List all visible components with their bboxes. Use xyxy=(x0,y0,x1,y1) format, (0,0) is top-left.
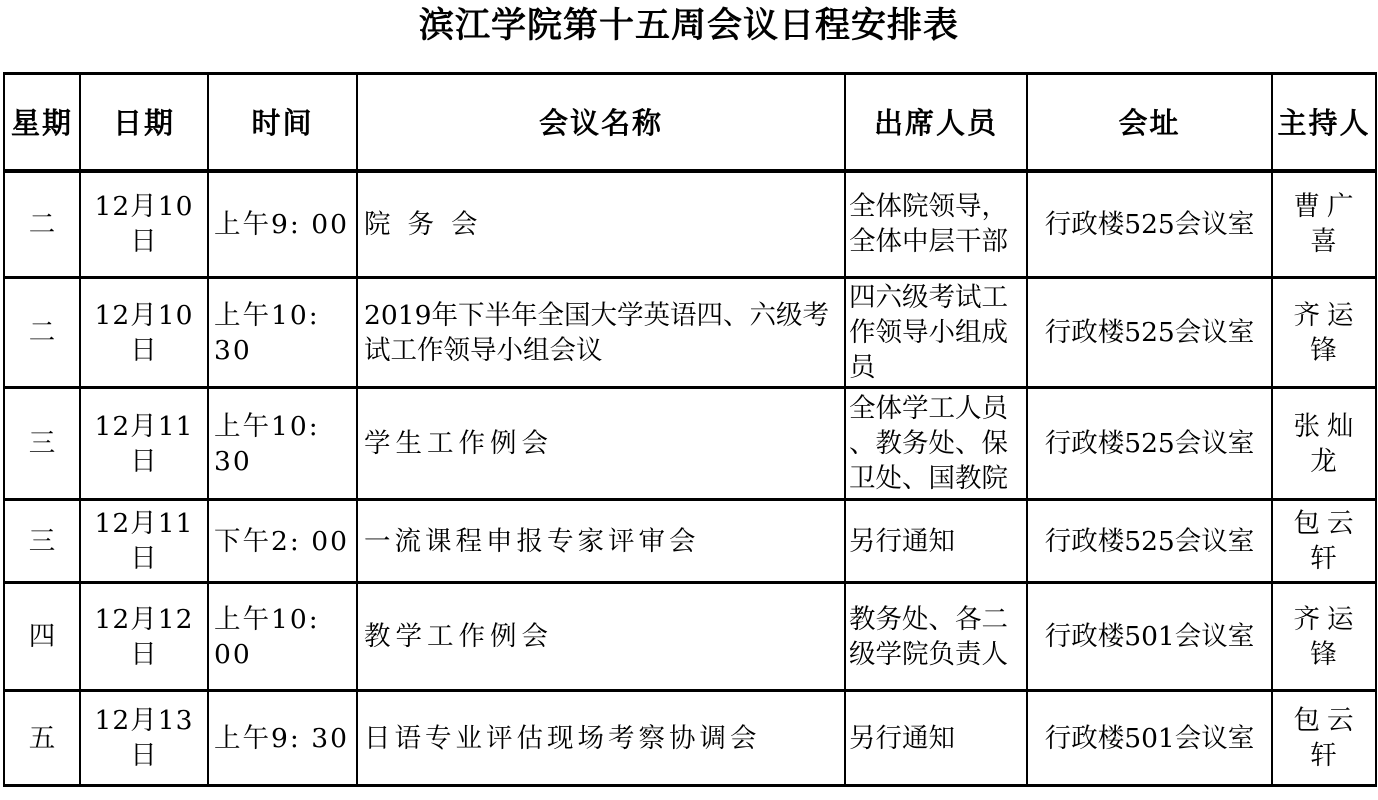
meeting-cell: 教学工作例会 xyxy=(357,583,845,691)
date-cell: 12月11日 xyxy=(80,388,208,500)
header-time: 时间 xyxy=(208,74,357,171)
table-row: 三 12月11日 上午10: 30 学生工作例会 全体学工人员、教务处、保卫处、… xyxy=(4,388,1376,500)
time-cell: 上午10: 30 xyxy=(208,278,357,388)
date-cell: 12月10日 xyxy=(80,278,208,388)
header-meeting: 会议名称 xyxy=(357,74,845,171)
header-weekday: 星期 xyxy=(4,74,80,171)
meeting-cell: 学生工作例会 xyxy=(357,388,845,500)
date-cell: 12月11日 xyxy=(80,500,208,583)
weekday-cell: 五 xyxy=(4,691,80,786)
page-title: 滨江学院第十五周会议日程安排表 xyxy=(0,4,1378,48)
time-cell: 上午9: 00 xyxy=(208,171,357,278)
attendees-cell: 另行通知 xyxy=(845,500,1027,583)
date-cell: 12月10日 xyxy=(80,171,208,278)
venue-cell: 行政楼525会议室 xyxy=(1027,171,1272,278)
host-cell: 包云轩 xyxy=(1272,500,1376,583)
table-row: 三 12月11日 下午2: 00 一流课程申报专家评审会 另行通知 行政楼525… xyxy=(4,500,1376,583)
host-cell: 曹广喜 xyxy=(1272,171,1376,278)
meeting-cell: 院务会 xyxy=(357,171,845,278)
venue-cell: 行政楼525会议室 xyxy=(1027,278,1272,388)
venue-cell: 行政楼525会议室 xyxy=(1027,388,1272,500)
attendees-cell: 全体院领导，全体中层干部 xyxy=(845,171,1027,278)
attendees-cell: 教务处、各二级学院负责人 xyxy=(845,583,1027,691)
host-cell: 包云轩 xyxy=(1272,691,1376,786)
weekday-cell: 三 xyxy=(4,388,80,500)
meeting-cell: 一流课程申报专家评审会 xyxy=(357,500,845,583)
weekday-cell: 二 xyxy=(4,278,80,388)
meeting-cell: 日语专业评估现场考察协调会 xyxy=(357,691,845,786)
date-cell: 12月13日 xyxy=(80,691,208,786)
attendees-cell: 全体学工人员、教务处、保卫处、国教院 xyxy=(845,388,1027,500)
weekday-cell: 四 xyxy=(4,583,80,691)
host-cell: 齐运锋 xyxy=(1272,583,1376,691)
venue-cell: 行政楼501会议室 xyxy=(1027,691,1272,786)
venue-cell: 行政楼501会议室 xyxy=(1027,583,1272,691)
weekday-cell: 三 xyxy=(4,500,80,583)
table-row: 五 12月13日 上午9: 30 日语专业评估现场考察协调会 另行通知 行政楼5… xyxy=(4,691,1376,786)
header-attendees: 出席人员 xyxy=(845,74,1027,171)
table-row: 二 12月10日 上午10: 30 2019年下半年全国大学英语四、六级考试工作… xyxy=(4,278,1376,388)
table-row: 四 12月12日 上午10: 00 教学工作例会 教务处、各二级学院负责人 行政… xyxy=(4,583,1376,691)
header-row: 星期 日期 时间 会议名称 出席人员 会址 主持人 xyxy=(4,74,1376,171)
date-cell: 12月12日 xyxy=(80,583,208,691)
time-cell: 上午10: 00 xyxy=(208,583,357,691)
host-cell: 齐运锋 xyxy=(1272,278,1376,388)
attendees-cell: 四六级考试工作领导小组成员 xyxy=(845,278,1027,388)
time-cell: 上午9: 30 xyxy=(208,691,357,786)
meeting-cell: 2019年下半年全国大学英语四、六级考试工作领导小组会议 xyxy=(357,278,845,388)
time-cell: 下午2: 00 xyxy=(208,500,357,583)
header-date: 日期 xyxy=(80,74,208,171)
header-host: 主持人 xyxy=(1272,74,1376,171)
time-cell: 上午10: 30 xyxy=(208,388,357,500)
venue-cell: 行政楼525会议室 xyxy=(1027,500,1272,583)
table-row: 二 12月10日 上午9: 00 院务会 全体院领导，全体中层干部 行政楼525… xyxy=(4,171,1376,278)
meeting-schedule-table: 星期 日期 时间 会议名称 出席人员 会址 主持人 二 12月10日 上午9: … xyxy=(3,72,1377,787)
host-cell: 张灿龙 xyxy=(1272,388,1376,500)
header-venue: 会址 xyxy=(1027,74,1272,171)
attendees-cell: 另行通知 xyxy=(845,691,1027,786)
weekday-cell: 二 xyxy=(4,171,80,278)
